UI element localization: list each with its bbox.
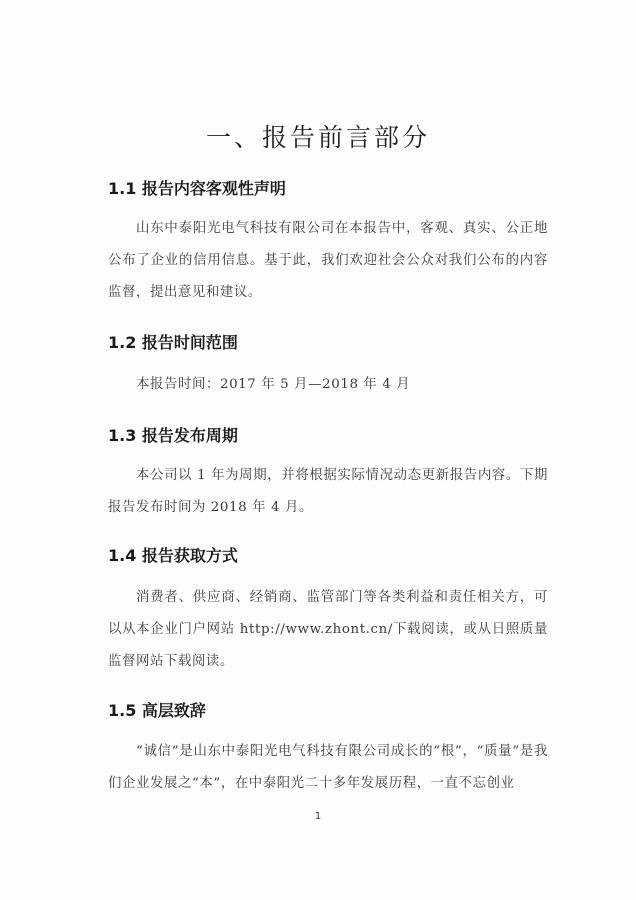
section-body-1-1: 山东中泰阳光电气科技有限公司在本报告中，客观、真实、公正地公布了企业的信用信息。… xyxy=(108,213,548,309)
section-body-1-4: 消费者、供应商、经销商、监管部门等各类利益和责任相关方，可以从本企业门户网站 h… xyxy=(108,582,548,678)
section-heading-1-1: 1.1 报告内容客观性声明 xyxy=(108,176,286,199)
chapter-title: 一、报告前言部分 xyxy=(0,118,636,154)
section-body-1-3: 本公司以 1 年为周期，并将根据实际情况动态更新报告内容。下期报告发布时间为 2… xyxy=(108,460,548,524)
page-number: 1 xyxy=(0,811,636,822)
section-heading-1-2: 1.2 报告时间范围 xyxy=(108,330,238,353)
document-page: 一、报告前言部分 1.1 报告内容客观性声明 山东中泰阳光电气科技有限公司在本报… xyxy=(0,0,636,900)
section-heading-1-3: 1.3 报告发布周期 xyxy=(108,423,238,446)
section-body-1-2: 本报告时间：2017 年 5 月—2018 年 4 月 xyxy=(108,369,548,401)
section-body-1-5: “诚信”是山东中泰阳光电气科技有限公司成长的“根”，“质量”是我们企业发展之“本… xyxy=(108,736,548,800)
section-heading-1-5: 1.5 高层致辞 xyxy=(108,698,206,721)
section-heading-1-4: 1.4 报告获取方式 xyxy=(108,543,238,566)
